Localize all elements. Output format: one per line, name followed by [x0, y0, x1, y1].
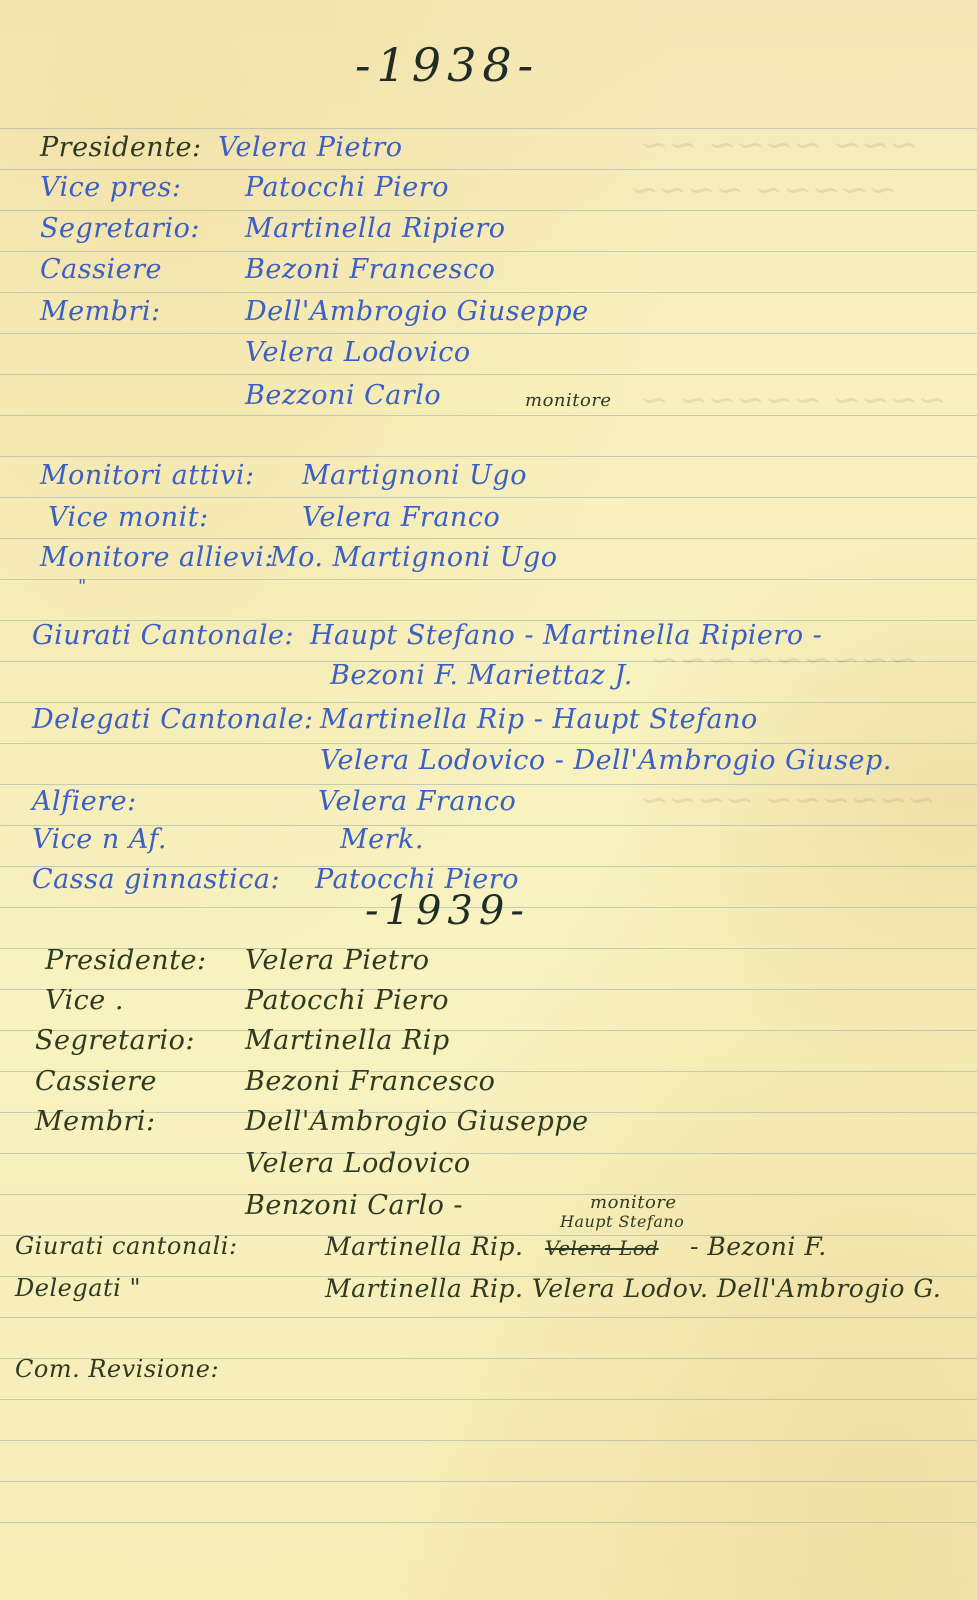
bleed-through-text: ~~~~ ~~~~~ ~: [640, 380, 947, 420]
value-vice-pres-1938: Patocchi Piero: [245, 172, 449, 203]
value-membro-2-1939: Velera Lodovico: [245, 1148, 471, 1179]
value-segretario-1939: Martinella Rip: [245, 1025, 450, 1056]
value-presidente-1939: Velera Pietro: [245, 945, 430, 976]
ruled-line: [0, 743, 977, 744]
label-vice-1939: Vice .: [45, 985, 124, 1016]
value-presidente-1938: Velera Pietro: [218, 132, 403, 163]
bleed-through-text: ~~~~~ ~~~~: [630, 170, 897, 210]
ruled-line: [0, 374, 977, 375]
ledger-page: ~~~ ~~~~ ~~ ~~~~~ ~~~~ ~~~~ ~~~~~ ~ ~~~~…: [0, 0, 977, 1600]
ruled-line: [0, 1481, 977, 1482]
value-vice-1939: Patocchi Piero: [245, 985, 449, 1016]
ruled-line: [0, 1399, 977, 1400]
struck-giurati-1939: Velera Lod: [545, 1236, 659, 1260]
value-vice-monit: Velera Franco: [302, 502, 500, 533]
value-delegati-1938-line1: Martinella Rip - Haupt Stefano: [320, 704, 758, 735]
note-monitore-1939: monitore: [590, 1192, 677, 1213]
label-segretario-1938: Segretario:: [40, 213, 200, 244]
ruled-line: [0, 251, 977, 252]
value-cassiere-1938: Bezoni Francesco: [245, 254, 495, 285]
value-membro-1-1938: Dell'Ambrogio Giuseppe: [245, 296, 589, 327]
label-segretario-1939: Segretario:: [35, 1025, 195, 1056]
value-giurati-1938-line2: Bezoni F. Mariettaz J.: [330, 660, 633, 691]
label-giurati-1938: Giurati Cantonale:: [32, 620, 294, 651]
bleed-through-text: ~~~~~~ ~~~~: [640, 780, 936, 820]
ruled-line: [0, 989, 977, 990]
value-membro-3-1938: Bezzoni Carlo: [245, 380, 441, 411]
value-giurati-1939-b: - Bezoni F.: [690, 1232, 827, 1261]
value-membro-3-1939: Benzoni Carlo -: [245, 1190, 463, 1221]
ruled-line: [0, 538, 977, 539]
ruled-line: [0, 497, 977, 498]
value-segretario-1938: Martinella Ripiero: [245, 213, 505, 244]
label-giurati-1939: Giurati cantonali:: [15, 1232, 238, 1260]
ruled-line: [0, 1194, 977, 1195]
ruled-line: [0, 1522, 977, 1523]
label-vice-pres-1938: Vice pres:: [40, 172, 181, 203]
label-vice-monit: Vice monit:: [48, 502, 209, 533]
label-cassa-ginnastica: Cassa ginnastica:: [32, 864, 280, 895]
label-alfiere: Alfiere:: [32, 786, 137, 817]
label-vice-alfiere: Vice n Af.: [32, 824, 167, 855]
value-vice-alfiere: Merk.: [340, 824, 424, 855]
note-monitore-1938: monitore: [525, 390, 612, 411]
label-delegati-1939: Delegati ": [15, 1274, 141, 1302]
value-membro-1-1939: Dell'Ambrogio Giuseppe: [245, 1106, 589, 1137]
value-giurati-1939-a: Martinella Rip.: [325, 1232, 524, 1261]
label-commissione-revisione: Com. Revisione:: [15, 1355, 219, 1383]
ruled-line: [0, 292, 977, 293]
ditto-mark: ": [78, 576, 87, 597]
value-cassiere-1939: Bezoni Francesco: [245, 1066, 495, 1097]
label-monitore-allievi: Monitore allievi:: [40, 542, 274, 573]
value-monitore-allievi: Mo. Martignoni Ugo: [270, 542, 558, 573]
ruled-line: [0, 702, 977, 703]
ruled-line: [0, 1153, 977, 1154]
ruled-line: [0, 210, 977, 211]
value-giurati-1938-line1: Haupt Stefano - Martinella Ripiero -: [310, 620, 822, 651]
label-cassiere-1938: Cassiere: [40, 254, 162, 285]
label-membri-1938: Membri:: [40, 296, 161, 327]
label-membri-1939: Membri:: [35, 1106, 156, 1137]
label-monitori-attivi: Monitori attivi:: [40, 460, 255, 491]
insertion-giurati-1939: Haupt Stefano: [560, 1212, 684, 1231]
ruled-line: [0, 333, 977, 334]
value-monitori-attivi: Martignoni Ugo: [302, 460, 527, 491]
ruled-line: [0, 456, 977, 457]
label-presidente-1938: Presidente:: [40, 132, 202, 163]
ruled-line: [0, 1317, 977, 1318]
label-delegati-1938: Delegati Cantonale:: [32, 704, 314, 735]
value-membro-2-1938: Velera Lodovico: [245, 337, 471, 368]
value-alfiere: Velera Franco: [318, 786, 516, 817]
bleed-through-text: ~~~ ~~~~ ~~: [640, 125, 918, 165]
year-heading-1938: -1938-: [355, 38, 539, 92]
ruled-line: [0, 1440, 977, 1441]
label-cassiere-1939: Cassiere: [35, 1066, 157, 1097]
value-delegati-1938-line2: Velera Lodovico - Dell'Ambrogio Giusep.: [320, 745, 892, 776]
label-presidente-1939: Presidente:: [45, 945, 207, 976]
year-heading-1939: -1939-: [365, 888, 530, 934]
value-delegati-1939: Martinella Rip. Velera Lodov. Dell'Ambro…: [325, 1274, 941, 1303]
ruled-line: [0, 579, 977, 580]
